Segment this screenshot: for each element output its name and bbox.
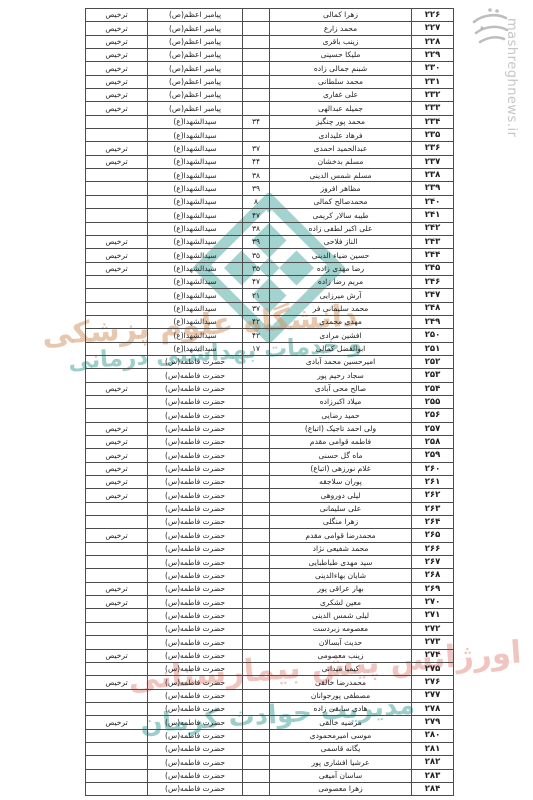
cell-ward: حضرت فاطمه(س) [148,609,243,622]
table-row: ترخیصحضرت فاطمه(س)صالح محی آبادی۲۵۴ [86,383,454,396]
cell-no: ۲۳۳ [412,102,454,115]
cell-status [86,182,148,195]
cell-no: ۲۷۳ [412,636,454,649]
cell-name: فرهاد علیدادی [270,129,412,142]
table-row: سیدالشهدا(ع)۱۷ابوالفضل کمالی۲۵۱ [86,343,454,356]
cell-no: ۲۷۶ [412,676,454,689]
cell-ward: پیامبر اعظم(ص) [148,102,243,115]
cell-ward: حضرت فاطمه(س) [148,369,243,382]
cell-no: ۲۵۲ [412,356,454,369]
cell-status: ترخیص [86,142,148,155]
cell-ward: حضرت فاطمه(س) [148,756,243,769]
cell-no: ۲۶۷ [412,556,454,569]
cell-status: ترخیص [86,249,148,262]
cell-ward: سیدالشهدا(ع) [148,329,243,342]
cell-name: عبدالحمید احمدی [270,142,412,155]
cell-ward: حضرت فاطمه(س) [148,463,243,476]
cell-name: محمد زارع [270,22,412,35]
table-row: سیدالشهدا(ع)۲۱آرش میرزایی۲۴۷ [86,289,454,302]
cell-name: ساسان آمیغی [270,770,412,783]
table-row: حضرت فاطمه(س)معصومه زبردست۲۷۲ [86,623,454,636]
cell-no: ۲۵۹ [412,449,454,462]
cell-num [243,356,270,369]
cell-status: ترخیص [86,650,148,663]
cell-num [243,129,270,142]
cell-name: جمیله عبدالهی [270,102,412,115]
table-row: حضرت فاطمه(س)یگانه قاسمی۲۸۱ [86,743,454,756]
table-row: حضرت فاطمه(س)حدیث آبسالان۲۷۳ [86,636,454,649]
cell-ward: سیدالشهدا(ع) [148,343,243,356]
cell-num [243,102,270,115]
cell-name: لیلی شمس الدینی [270,609,412,622]
cell-no: ۲۶۴ [412,516,454,529]
cell-num [243,36,270,49]
table-row: حضرت فاطمه(س)زهرا معصومی۲۸۴ [86,783,454,796]
cell-no: ۲۶۱ [412,476,454,489]
cell-num [243,543,270,556]
cell-name: شبنم جمالی زاده [270,62,412,75]
cell-num [243,503,270,516]
table-row: سیدالشهدا(ع)۴۷طیبه سالار کریمی۲۴۱ [86,209,454,222]
cell-no: ۲۸۰ [412,730,454,743]
cell-status: ترخیص [86,76,148,89]
cell-no: ۲۳۱ [412,76,454,89]
cell-no: ۲۴۲ [412,223,454,236]
table-row: سیدالشهدا(ع)فرهاد علیدادی۲۳۵ [86,129,454,142]
cell-ward: پیامبر اعظم(ص) [148,36,243,49]
cell-ward: سیدالشهدا(ع) [148,316,243,329]
cell-no: ۲۵۴ [412,383,454,396]
cell-no: ۲۴۱ [412,209,454,222]
cell-status: ترخیص [86,583,148,596]
cell-status [86,169,148,182]
cell-ward: حضرت فاطمه(س) [148,449,243,462]
cell-status [86,516,148,529]
cell-ward: سیدالشهدا(ع) [148,223,243,236]
table-row: حضرت فاطمه(س)زهرا منگلی۲۶۴ [86,516,454,529]
cell-num: ۱۷ [243,343,270,356]
cell-name: حمید رضایی [270,409,412,422]
table-row: ترخیصپیامبر اعظم(ص)ملیکا حسینی۲۲۹ [86,49,454,62]
table-row: ترخیصحضرت فاطمه(س)پوران سلاجقه۲۶۱ [86,476,454,489]
mashregh-calligraphy-icon [470,6,510,48]
cell-num [243,529,270,542]
cell-name: معصومه زبردست [270,623,412,636]
cell-name: یگانه قاسمی [270,743,412,756]
table-row: ترخیصسیدالشهدا(ع)۳۵رضا مهدی زاده۲۴۵ [86,263,454,276]
cell-num: ۳۴ [243,116,270,129]
cell-status [86,343,148,356]
cell-no: ۲۶۲ [412,489,454,502]
table-row: حضرت فاطمه(س)محمد شفیعی نژاد۲۶۶ [86,543,454,556]
table-row: ترخیصحضرت فاطمه(س)بهار عراقی پور۲۶۹ [86,583,454,596]
cell-num [243,369,270,382]
cell-status [86,690,148,703]
cell-status: ترخیص [86,449,148,462]
table-row: سیدالشهدا(ع)۴۲مهدی محمدی۲۴۹ [86,316,454,329]
cell-name: طیبه سالار کریمی [270,209,412,222]
table-row: حضرت فاطمه(س)میلاد اکبرزاده۲۵۵ [86,396,454,409]
cell-name: محمد سلیمانی فر [270,303,412,316]
cell-ward: سیدالشهدا(ع) [148,289,243,302]
table-row: حضرت فاطمه(س)موسی امیرمحمودی۲۸۰ [86,730,454,743]
table-body: ترخیصپیامبر اعظم(ص)زهرا کمالی۲۲۶ترخیصپیا… [86,9,454,796]
cell-status [86,569,148,582]
cell-ward: سیدالشهدا(ع) [148,236,243,249]
cell-ward: سیدالشهدا(ع) [148,182,243,195]
cell-num [243,583,270,596]
cell-name: محمدصالح کمالی [270,196,412,209]
cell-ward: حضرت فاطمه(س) [148,730,243,743]
cell-name: مظاهر افروز [270,182,412,195]
cell-num: ۳۵ [243,263,270,276]
cell-name: علی سلیمانی [270,503,412,516]
cell-num [243,609,270,622]
cell-ward: حضرت فاطمه(س) [148,436,243,449]
cell-name: حسین ضیاء الدینی [270,249,412,262]
cell-ward: حضرت فاطمه(س) [148,716,243,729]
cell-status [86,409,148,422]
cell-num [243,716,270,729]
cell-num [243,383,270,396]
cell-status: ترخیص [86,22,148,35]
cell-num: ۴۲ [243,329,270,342]
cell-num [243,62,270,75]
cell-num: ۴۴ [243,156,270,169]
cell-status: ترخیص [86,463,148,476]
cell-ward: پیامبر اعظم(ص) [148,76,243,89]
cell-status [86,503,148,516]
patient-table: ترخیصپیامبر اعظم(ص)زهرا کمالی۲۲۶ترخیصپیا… [85,8,454,796]
cell-ward: حضرت فاطمه(س) [148,356,243,369]
cell-name: امیرحسین محمد آبادی [270,356,412,369]
cell-num: ۳۵ [243,249,270,262]
table-row: حضرت فاطمه(س)ساسان آمیغی۲۸۳ [86,770,454,783]
cell-status: ترخیص [86,36,148,49]
cell-status: ترخیص [86,383,148,396]
cell-num [243,770,270,783]
cell-num [243,463,270,476]
cell-status: ترخیص [86,62,148,75]
cell-name: آرش میرزایی [270,289,412,302]
cell-no: ۲۳۴ [412,116,454,129]
cell-ward: سیدالشهدا(ع) [148,263,243,276]
table-row: سیدالشهدا(ع)۴۷مریم رضا زاده۲۴۶ [86,276,454,289]
cell-num: ۴۷ [243,209,270,222]
cell-ward: حضرت فاطمه(س) [148,623,243,636]
cell-num [243,596,270,609]
cell-status: ترخیص [86,716,148,729]
cell-no: ۲۵۰ [412,329,454,342]
table-row: حضرت فاطمه(س)سجاد رحیم پور۲۵۳ [86,369,454,382]
table-row: حضرت فاطمه(س)عرشیا افشاری پور۲۸۲ [86,756,454,769]
cell-status [86,703,148,716]
cell-no: ۲۸۱ [412,743,454,756]
cell-num [243,690,270,703]
cell-no: ۲۶۵ [412,529,454,542]
cell-no: ۲۸۴ [412,783,454,796]
table-row: ترخیصسیدالشهدا(ع)۳۹الناز فلاحی۲۴۳ [86,236,454,249]
table-row: ترخیصپیامبر اعظم(ص)محمد زارع۲۲۷ [86,22,454,35]
cell-status [86,556,148,569]
cell-status [86,116,148,129]
cell-status: ترخیص [86,102,148,115]
cell-status: ترخیص [86,489,148,502]
cell-ward: سیدالشهدا(ع) [148,156,243,169]
cell-name: مسلم شمس الدینی [270,169,412,182]
table-row: حضرت فاطمه(س)امیرحسین محمد آبادی۲۵۲ [86,356,454,369]
cell-num: ۴۲ [243,316,270,329]
cell-name: زهرا کمالی [270,9,412,22]
cell-num: ۳۷ [243,142,270,155]
cell-ward: حضرت فاطمه(س) [148,476,243,489]
cell-name: موسی امیرمحمودی [270,730,412,743]
cell-status [86,743,148,756]
table-row: ترخیصحضرت فاطمه(س)محمدرضا خالقی۲۷۶ [86,676,454,689]
cell-no: ۲۴۷ [412,289,454,302]
cell-no: ۲۴۸ [412,303,454,316]
cell-num [243,636,270,649]
cell-num: ۳۸ [243,223,270,236]
cell-num: ۳۹ [243,236,270,249]
cell-no: ۲۵۸ [412,436,454,449]
table-row: حضرت فاطمه(س)مصطفی پورجوانان۲۷۷ [86,690,454,703]
cell-num [243,423,270,436]
cell-status [86,209,148,222]
cell-status [86,196,148,209]
cell-num: ۸ [243,196,270,209]
cell-ward: سیدالشهدا(ع) [148,209,243,222]
cell-ward: پیامبر اعظم(ص) [148,62,243,75]
cell-status: ترخیص [86,236,148,249]
cell-num [243,22,270,35]
cell-num: ۴۷ [243,276,270,289]
cell-status: ترخیص [86,476,148,489]
cell-num [243,623,270,636]
cell-num: ۲۱ [243,289,270,302]
cell-ward: حضرت فاطمه(س) [148,383,243,396]
cell-no: ۲۴۹ [412,316,454,329]
cell-name: عرشیا افشاری پور [270,756,412,769]
cell-no: ۲۴۳ [412,236,454,249]
cell-no: ۲۵۵ [412,396,454,409]
table-row: ترخیصحضرت فاطمه(س)غلام نورزهی (اتباع)۲۶۰ [86,463,454,476]
cell-no: ۲۸۲ [412,756,454,769]
cell-no: ۲۲۶ [412,9,454,22]
cell-ward: پیامبر اعظم(ص) [148,89,243,102]
cell-status: ترخیص [86,676,148,689]
cell-no: ۲۷۴ [412,650,454,663]
cell-no: ۲۵۳ [412,369,454,382]
cell-ward: حضرت فاطمه(س) [148,489,243,502]
cell-num [243,783,270,796]
cell-no: ۲۷۱ [412,609,454,622]
cell-no: ۲۳۶ [412,142,454,155]
cell-ward: حضرت فاطمه(س) [148,529,243,542]
cell-ward: حضرت فاطمه(س) [148,636,243,649]
cell-no: ۲۲۸ [412,36,454,49]
table-row: حضرت فاطمه(س)کیمیا میدانی۲۷۵ [86,663,454,676]
cell-num: ۳۸ [243,169,270,182]
table-row: ترخیصحضرت فاطمه(س)لیلی دوروهی۲۶۲ [86,489,454,502]
cell-status: ترخیص [86,423,148,436]
cell-name: علی غفاری [270,89,412,102]
scanned-document-page: { "watermarks": { "site_vertical": "mash… [0,0,533,800]
cell-no: ۲۵۶ [412,409,454,422]
table-row: حضرت فاطمه(س)لیلی شمس الدینی۲۷۱ [86,609,454,622]
cell-name: کیمیا میدانی [270,663,412,676]
cell-num [243,409,270,422]
cell-num [243,703,270,716]
cell-status [86,303,148,316]
cell-status [86,369,148,382]
cell-ward: حضرت فاطمه(س) [148,409,243,422]
cell-status: ترخیص [86,89,148,102]
cell-num: ۳۹ [243,182,270,195]
cell-status: ترخیص [86,596,148,609]
cell-ward: حضرت فاطمه(س) [148,703,243,716]
cell-name: محمدرضا قوامی مقدم [270,529,412,542]
cell-name: محمد شفیعی نژاد [270,543,412,556]
cell-name: فاطمه قوامی مقدم [270,436,412,449]
table-row: ترخیصپیامبر اعظم(ص)محمد سلطانی۲۳۱ [86,76,454,89]
cell-no: ۲۷۸ [412,703,454,716]
table-row: سیدالشهدا(ع)۳۴محمد پور چنگیز۲۳۴ [86,116,454,129]
cell-ward: پیامبر اعظم(ص) [148,22,243,35]
cell-status [86,276,148,289]
table-row: ترخیصحضرت فاطمه(س)زینب معصومی۲۷۴ [86,650,454,663]
cell-status [86,356,148,369]
cell-ward: حضرت فاطمه(س) [148,676,243,689]
cell-name: ماه گل حسنی [270,449,412,462]
cell-num [243,676,270,689]
cell-num [243,743,270,756]
cell-name: مسلم بدخشان [270,156,412,169]
cell-name: مصطفی پورجوانان [270,690,412,703]
cell-ward: حضرت فاطمه(س) [148,743,243,756]
cell-name: لیلی دوروهی [270,489,412,502]
cell-ward: حضرت فاطمه(س) [148,396,243,409]
cell-status [86,756,148,769]
cell-status [86,623,148,636]
cell-no: ۲۴۵ [412,263,454,276]
cell-name: مرضیه خالقی [270,716,412,729]
cell-name: حدیث آبسالان [270,636,412,649]
table-row: ترخیصحضرت فاطمه(س)مرضیه خالقی۲۷۹ [86,716,454,729]
cell-num [243,516,270,529]
cell-name: علی اکبر لطفی زاده [270,223,412,236]
table-row: سیدالشهدا(ع)۳۸علی اکبر لطفی زاده۲۴۲ [86,223,454,236]
cell-ward: حضرت فاطمه(س) [148,423,243,436]
cell-ward: حضرت فاطمه(س) [148,596,243,609]
cell-ward: سیدالشهدا(ع) [148,129,243,142]
cell-name: مهدی محمدی [270,316,412,329]
cell-name: ملیکا حسینی [270,49,412,62]
table-row: ترخیصحضرت فاطمه(س)ولی احمد تاجیک (اتباع)… [86,423,454,436]
cell-num [243,9,270,22]
cell-ward: حضرت فاطمه(س) [148,770,243,783]
cell-no: ۲۶۰ [412,463,454,476]
cell-status [86,396,148,409]
table-row: ترخیصپیامبر اعظم(ص)شبنم جمالی زاده۲۳۰ [86,62,454,75]
cell-no: ۲۶۶ [412,543,454,556]
cell-no: ۲۴۴ [412,249,454,262]
cell-name: پوران سلاجقه [270,476,412,489]
cell-status: ترخیص [86,263,148,276]
table-row: ترخیصپیامبر اعظم(ص)زهرا کمالی۲۲۶ [86,9,454,22]
cell-name: ولی احمد تاجیک (اتباع) [270,423,412,436]
cell-ward: حضرت فاطمه(س) [148,543,243,556]
cell-name: زهرا معصومی [270,783,412,796]
cell-ward: حضرت فاطمه(س) [148,663,243,676]
cell-name: محمدرضا خالقی [270,676,412,689]
cell-no: ۲۲۹ [412,49,454,62]
cell-name: شایان بهاءالدینی [270,569,412,582]
table-row: ترخیصسیدالشهدا(ع)۳۵حسین ضیاء الدینی۲۴۴ [86,249,454,262]
table-row: ترخیصحضرت فاطمه(س)معین لشکری۲۷۰ [86,596,454,609]
cell-status [86,663,148,676]
cell-num [243,730,270,743]
cell-num [243,756,270,769]
cell-ward: سیدالشهدا(ع) [148,116,243,129]
cell-name: افشین مرادی [270,329,412,342]
cell-name: ابوالفضل کمالی [270,343,412,356]
cell-num [243,569,270,582]
cell-status [86,329,148,342]
cell-num [243,89,270,102]
table-row: سیدالشهدا(ع)۳۷محمد سلیمانی فر۲۴۸ [86,303,454,316]
table-row: سیدالشهدا(ع)۳۸مسلم شمس الدینی۲۳۸ [86,169,454,182]
table-row: سیدالشهدا(ع)۸محمدصالح کمالی۲۴۰ [86,196,454,209]
cell-ward: حضرت فاطمه(س) [148,503,243,516]
cell-ward: حضرت فاطمه(س) [148,556,243,569]
table-row: ترخیصحضرت فاطمه(س)فاطمه قوامی مقدم۲۵۸ [86,436,454,449]
cell-name: رضا مهدی زاده [270,263,412,276]
cell-status: ترخیص [86,49,148,62]
cell-num [243,556,270,569]
cell-num [243,489,270,502]
table-row: ترخیصپیامبر اعظم(ص)جمیله عبدالهی۲۳۳ [86,102,454,115]
cell-ward: پیامبر اعظم(ص) [148,9,243,22]
cell-status: ترخیص [86,436,148,449]
cell-name: سجاد رحیم پور [270,369,412,382]
cell-no: ۲۳۵ [412,129,454,142]
cell-no: ۲۵۷ [412,423,454,436]
cell-name: زهرا منگلی [270,516,412,529]
cell-status [86,636,148,649]
cell-name: مریم رضا زاده [270,276,412,289]
cell-no: ۲۷۹ [412,716,454,729]
cell-ward: سیدالشهدا(ع) [148,303,243,316]
cell-num [243,436,270,449]
cell-name: الناز فلاحی [270,236,412,249]
cell-no: ۲۵۱ [412,343,454,356]
cell-no: ۲۶۳ [412,503,454,516]
table-row: سیدالشهدا(ع)۴۲افشین مرادی۲۵۰ [86,329,454,342]
cell-num [243,449,270,462]
cell-no: ۲۷۷ [412,690,454,703]
cell-num: ۳۷ [243,303,270,316]
table-row: ترخیصپیامبر اعظم(ص)زینب باقری۲۲۸ [86,36,454,49]
cell-ward: سیدالشهدا(ع) [148,249,243,262]
cell-no: ۲۳۲ [412,89,454,102]
cell-name: غلام نورزهی (اتباع) [270,463,412,476]
table-row: حضرت فاطمه(س)علی سلیمانی۲۶۳ [86,503,454,516]
table-row: حضرت فاطمه(س)حمید رضایی۲۵۶ [86,409,454,422]
cell-no: ۲۳۹ [412,182,454,195]
cell-name: صالح محی آبادی [270,383,412,396]
cell-no: ۲۶۹ [412,583,454,596]
